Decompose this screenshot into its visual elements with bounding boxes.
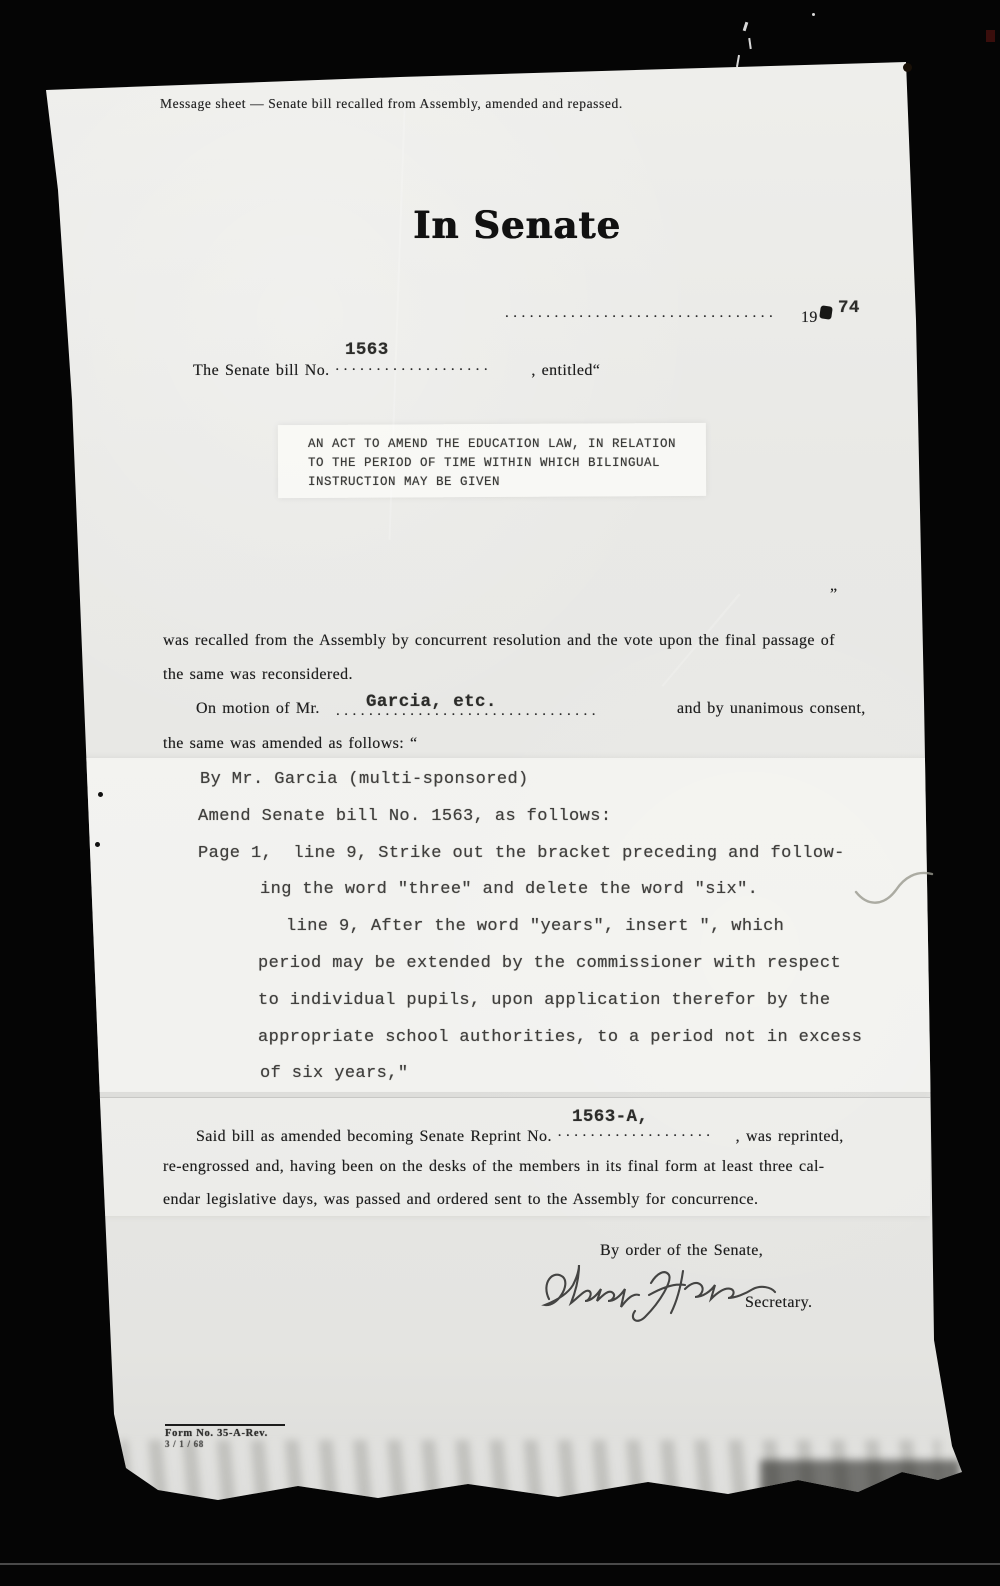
- scan-bottom-shadow: [760, 1460, 960, 1510]
- margin-red-mark: [986, 30, 995, 42]
- date-line: .................................19: [505, 305, 818, 327]
- recall-paragraph-line: the same was reconsidered.: [163, 666, 353, 684]
- reprint-line1: Said bill as amended becoming Senate Rep…: [196, 1124, 844, 1146]
- motion-line-prefix: On motion of Mr.: [196, 700, 320, 718]
- bill-number-line: The Senate bill No. ................... …: [193, 358, 600, 380]
- form-number: Form No. 35-A-Rev.: [165, 1428, 285, 1439]
- recall-paragraph-line: was recalled from the Assembly by concur…: [163, 632, 835, 650]
- date-year-printed: 19: [801, 309, 818, 326]
- form-revision-date: 3 / 1 / 68: [165, 1439, 285, 1449]
- reprint-line3: endar legislative days, was passed and o…: [163, 1191, 758, 1209]
- amendment-line: line 9, After the word "years", insert "…: [286, 917, 784, 936]
- act-title-line: AN ACT TO AMEND THE EDUCATION LAW, IN RE…: [308, 435, 676, 454]
- scan-speck: [812, 13, 815, 16]
- stray-close-quote: ”: [830, 586, 838, 604]
- amendment-line: to individual pupils, upon application t…: [258, 991, 831, 1010]
- form-footer-rule: [165, 1424, 285, 1426]
- bill-line-prefix: The Senate bill No.: [193, 362, 330, 379]
- amendment-line: Amend Senate bill No. 1563, as follows:: [198, 807, 611, 826]
- motion-line-suffix: and by unanimous consent,: [677, 700, 866, 718]
- form-footer: Form No. 35-A-Rev. 3 / 1 / 68: [165, 1424, 285, 1449]
- secretary-signature: Albert J. Abrams: [533, 1255, 783, 1327]
- amendment-line: Page 1, line 9, Strike out the bracket p…: [198, 844, 845, 863]
- margin-dot: [95, 842, 100, 847]
- page-title: In Senate: [413, 203, 621, 247]
- amendment-line: By Mr. Garcia (multi-sponsored): [200, 770, 529, 789]
- bill-line-suffix: , entitled“: [531, 362, 600, 379]
- scan-speck: [736, 55, 740, 67]
- date-dotted-rule: .................................: [505, 305, 801, 322]
- amended-as-follows-line: the same was amended as follows: “: [163, 735, 418, 753]
- bill-number-typed: 1563: [345, 340, 389, 360]
- act-title-line: INSTRUCTION MAY BE GIVEN: [308, 473, 500, 492]
- scan-speck: [748, 38, 752, 49]
- reprint-number-typed: 1563-A,: [572, 1107, 648, 1127]
- amendment-line: appropriate school authorities, to a per…: [258, 1028, 862, 1047]
- amendment-line: ing the word "three" and delete the word…: [260, 880, 758, 899]
- reprint-line1-suffix: , was reprinted,: [736, 1128, 844, 1145]
- motion-name-typed: Garcia, etc.: [366, 692, 497, 712]
- scan-speck: [743, 22, 749, 31]
- reprint-line1-prefix: Said bill as amended becoming Senate Rep…: [196, 1128, 552, 1145]
- act-title-line: TO THE PERIOD OF TIME WITHIN WHICH BILIN…: [308, 454, 660, 473]
- scanned-document-page: Message sheet — Senate bill recalled fro…: [0, 0, 1000, 1586]
- amendment-line: of six years,": [260, 1064, 408, 1083]
- year-overstrike-blot: [819, 305, 833, 320]
- date-year-typed: 74: [838, 298, 860, 318]
- margin-dot: [98, 792, 103, 797]
- corner-ink-dot: [903, 63, 912, 72]
- reprint-line2: re-engrossed and, having been on the des…: [163, 1158, 825, 1176]
- secretary-label: Secretary.: [745, 1294, 812, 1312]
- pencil-check-mark: [852, 862, 936, 912]
- amendment-line: period may be extended by the commission…: [258, 954, 841, 973]
- scan-line-artifact: [0, 1563, 1000, 1565]
- bill-dotted-rule: ...................: [335, 358, 525, 375]
- document-caption: Message sheet — Senate bill recalled fro…: [160, 96, 623, 112]
